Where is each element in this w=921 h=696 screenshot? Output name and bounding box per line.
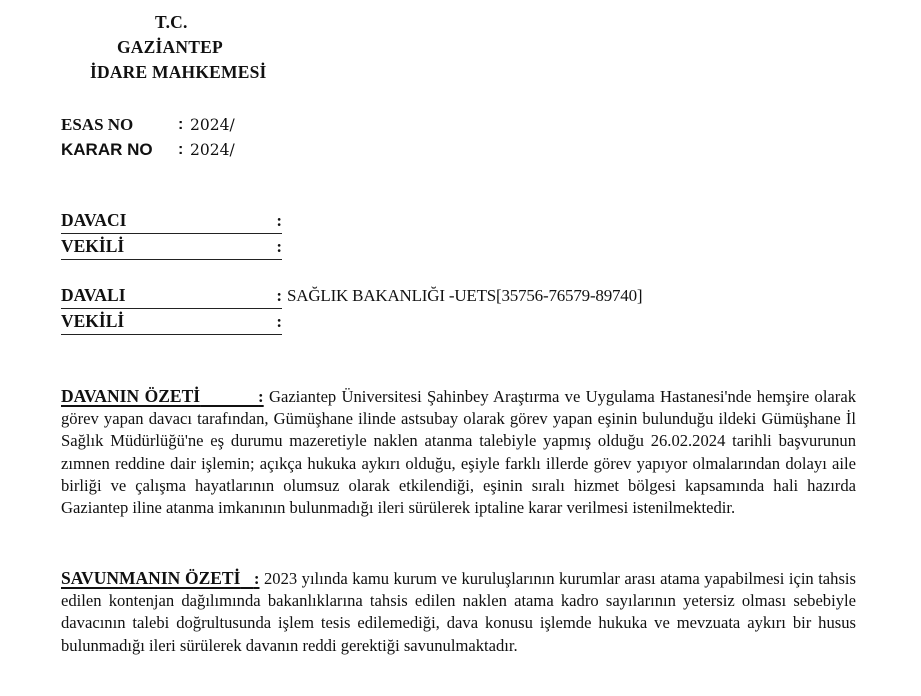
davali-colon: : [276, 286, 282, 306]
savunmanin-ozeti-colon: : [254, 569, 260, 588]
header-republic: T.C. [155, 12, 188, 33]
davaci-label: DAVACI [61, 210, 127, 231]
davanin-ozeti-colon: : [258, 387, 264, 406]
davaci-vekili-label: VEKİLİ [61, 236, 124, 257]
savunmanin-ozeti-label: SAVUNMANIN ÖZETİ [61, 568, 240, 588]
davaci-colon: : [276, 211, 282, 231]
savunmanin-ozeti-label-underline [240, 569, 253, 588]
davaci-row: DAVACI : [61, 207, 282, 234]
davali-row: DAVALI : [61, 282, 282, 309]
karar-no-colon: : [178, 141, 183, 159]
davanin-ozeti-text: Gaziantep Üniversitesi Şahinbey Araştırm… [61, 387, 856, 517]
davali-vekili-label: VEKİLİ [61, 311, 124, 332]
davanin-ozeti-label: DAVANIN ÖZETİ [61, 386, 200, 406]
davali-value: SAĞLIK BAKANLIĞI -UETS[35756-76579-89740… [287, 286, 642, 306]
esas-no-value: 2024/ [190, 116, 235, 134]
davali-label: DAVALI [61, 285, 126, 306]
esas-no-colon: : [178, 116, 183, 134]
karar-no-value: 2024/ [190, 141, 235, 159]
davanin-ozeti-label-underline [200, 387, 258, 406]
savunmanin-ozeti-section: SAVUNMANIN ÖZETİ : 2023 yılında kamu kur… [61, 567, 856, 657]
davanin-ozeti-section: DAVANIN ÖZETİ : Gaziantep Üniversitesi Ş… [61, 385, 856, 519]
karar-no-label: KARAR NO [61, 140, 153, 160]
header-city: GAZİANTEP [117, 37, 223, 58]
davaci-vekili-row: VEKİLİ : [61, 233, 282, 260]
davali-vekili-colon: : [276, 312, 282, 332]
esas-no-label: ESAS NO [61, 115, 133, 135]
header-court: İDARE MAHKEMESİ [90, 62, 267, 83]
davali-vekili-row: VEKİLİ : [61, 308, 282, 335]
davaci-vekili-colon: : [276, 237, 282, 257]
